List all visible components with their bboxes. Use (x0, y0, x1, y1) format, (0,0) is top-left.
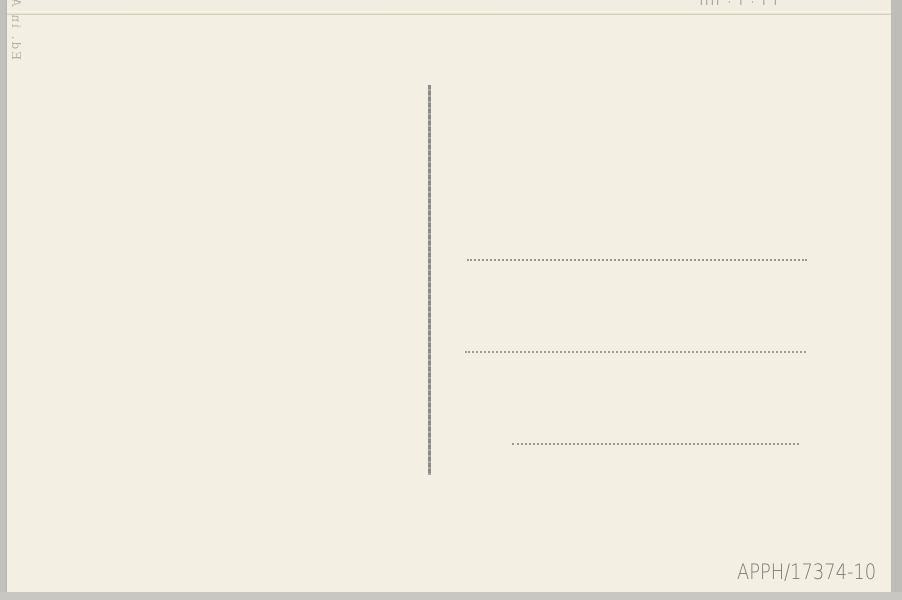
address-line-2 (465, 351, 806, 353)
publisher-imprint: Ed. in A.G. Bro.d. As. m. Hol.o.dun. A 2… (8, 60, 38, 560)
top-handwriting-fragment: ıllı · ı · ı ı (700, 0, 780, 7)
publisher-imprint-text: Ed. in A.G. Bro.d. As. m. Hol.o.dun. A 2… (9, 0, 23, 60)
postcard-back (7, 0, 891, 592)
scan-background-left (0, 0, 7, 600)
archive-number-handwritten: APPH/17374-10 (737, 560, 876, 584)
top-fold-edge (7, 11, 891, 15)
scan-background-bottom (0, 592, 902, 600)
center-divider-line (428, 85, 431, 475)
address-line-1 (467, 259, 807, 261)
address-line-3 (512, 443, 799, 445)
scan-background-right (891, 0, 902, 600)
